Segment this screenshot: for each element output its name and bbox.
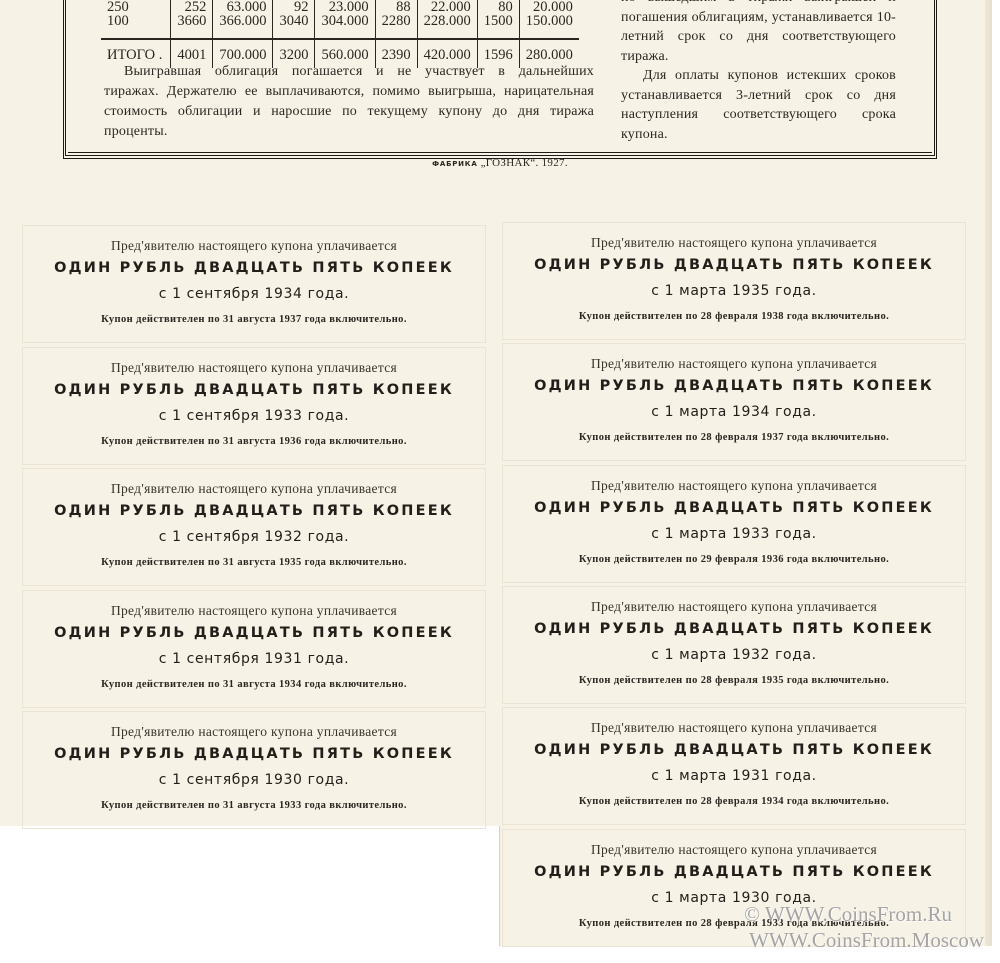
coupon-left-1: Пред'явителю настоящего купона уплачивае…: [22, 225, 486, 343]
coupon-amount: ОДИН РУБЛЬ ДВАДЦАТЬ ПЯТЬ КОПЕЕК: [23, 625, 485, 641]
coupon-bearer-line: Пред'явителю настоящего купона уплачивае…: [23, 360, 485, 376]
prize-table-cell: 100: [101, 14, 171, 28]
winning-bond-note: Выигравшая облигация погашается и не уча…: [104, 62, 594, 142]
coupon-bearer-line: Пред'явителю настоящего купона уплачивае…: [23, 238, 485, 254]
coupon-date: с 1 сентября 1934 года.: [23, 286, 485, 302]
coupon-amount: ОДИН РУБЛЬ ДВАДЦАТЬ ПЯТЬ КОПЕЕК: [503, 864, 965, 880]
coupon-bearer-line: Пред'явителю настоящего купона уплачивае…: [503, 356, 965, 372]
coupon-amount: ОДИН РУБЛЬ ДВАДЦАТЬ ПЯТЬ КОПЕЕК: [503, 742, 965, 758]
coupon-validity: Купон действителен по 28 февраля 1938 го…: [503, 311, 965, 322]
coupon-amount: ОДИН РУБЛЬ ДВАДЦАТЬ ПЯТЬ КОПЕЕК: [23, 503, 485, 519]
coupon-date: с 1 марта 1935 года.: [503, 283, 965, 299]
coupon-validity: Купон действителен по 31 августа 1936 го…: [23, 436, 485, 447]
coupon-left-2: Пред'явителю настоящего купона уплачивае…: [22, 347, 486, 465]
prize-table-cell: 366.000: [213, 14, 273, 28]
prize-table: 25025263.0009223.0008822.0008020.0001003…: [101, 0, 579, 68]
prize-table-cell: 3040: [273, 14, 315, 28]
coupon-amount: ОДИН РУБЛЬ ДВАДЦАТЬ ПЯТЬ КОПЕЕК: [503, 257, 965, 273]
coupon-right-1: Пред'явителю настоящего купона уплачивае…: [502, 222, 966, 340]
coupon-right-2: Пред'явителю настоящего купона уплачивае…: [502, 343, 966, 461]
prize-table-cell: 92: [273, 0, 315, 14]
coupon-left-3: Пред'явителю настоящего купона уплачивае…: [22, 468, 486, 586]
coupon-date: с 1 сентября 1931 года.: [23, 651, 485, 667]
prize-table-cell: 63.000: [213, 0, 273, 14]
coupon-amount: ОДИН РУБЛЬ ДВАДЦАТЬ ПЯТЬ КОПЕЕК: [23, 260, 485, 276]
coupon-validity: Купон действителен по 31 августа 1934 го…: [23, 679, 485, 690]
prize-table-divider: [101, 28, 579, 39]
coupon-date: с 1 сентября 1933 года.: [23, 408, 485, 424]
coupon-date: с 1 марта 1931 года.: [503, 768, 965, 784]
prize-table-cell: 88: [375, 0, 417, 14]
terms-note-text-2: Для оплаты купонов истекших сроков устан…: [621, 66, 896, 144]
sheet-edge: [985, 0, 992, 946]
prize-table-cell: 3660: [171, 14, 213, 28]
coupon-amount: ОДИН РУБЛЬ ДВАДЦАТЬ ПЯТЬ КОПЕЕК: [503, 378, 965, 394]
coupon-date: с 1 сентября 1932 года.: [23, 529, 485, 545]
factory-mark-text: „ГОЗНАК“. 1927.: [478, 157, 568, 169]
coupon-bearer-line: Пред'явителю настоящего купона уплачивае…: [503, 478, 965, 494]
coupon-validity: Купон действителен по 28 февраля 1934 го…: [503, 796, 965, 807]
coupon-right-4: Пред'явителю настоящего купона уплачивае…: [502, 586, 966, 704]
prize-table-cell: 80: [477, 0, 519, 14]
factory-mark-prefix: фабрика: [432, 160, 477, 168]
coupon-bearer-line: Пред'явителю настоящего купона уплачивае…: [503, 599, 965, 615]
coupon-date: с 1 марта 1933 года.: [503, 526, 965, 542]
prize-table-cell: 228.000: [417, 14, 477, 28]
coupon-right-5: Пред'явителю настоящего купона уплачивае…: [502, 707, 966, 825]
coupon-bearer-line: Пред'явителю настоящего купона уплачивае…: [23, 481, 485, 497]
coupon-date: с 1 марта 1934 года.: [503, 404, 965, 420]
coupon-amount: ОДИН РУБЛЬ ДВАДЦАТЬ ПЯТЬ КОПЕЕК: [503, 500, 965, 516]
coupon-validity: Купон действителен по 31 августа 1935 го…: [23, 557, 485, 568]
watermark-moscow: WWW.CoinsFrom.Moscow: [749, 928, 984, 953]
watermark-ru: © WWW.CoinsFrom.Ru: [744, 902, 952, 927]
bond-terms-frame: 25025263.0009223.0008822.0008020.0001003…: [63, 0, 937, 159]
prize-table-cell: 304.000: [315, 14, 375, 28]
prize-table-cell: 22.000: [417, 0, 477, 14]
coupon-date: с 1 марта 1932 года.: [503, 647, 965, 663]
prize-table-row: 1003660366.0003040304.0002280228.0001500…: [101, 14, 579, 28]
coupon-amount: ОДИН РУБЛЬ ДВАДЦАТЬ ПЯТЬ КОПЕЕК: [23, 382, 485, 398]
coupon-left-4: Пред'явителю настоящего купона уплачивае…: [22, 590, 486, 708]
coupon-validity: Купон действителен по 31 августа 1933 го…: [23, 800, 485, 811]
winning-bond-note-text: Выигравшая облигация погашается и не уча…: [104, 62, 594, 142]
coupon-date: с 1 сентября 1930 года.: [23, 772, 485, 788]
coupon-bearer-line: Пред'явителю настоящего купона уплачивае…: [23, 603, 485, 619]
prize-table-cell: 1500: [477, 14, 519, 28]
prize-table-cell: 2280: [375, 14, 417, 28]
factory-mark: фабрика „ГОЗНАК“. 1927.: [0, 157, 1000, 169]
coupon-validity: Купон действителен по 28 февраля 1937 го…: [503, 432, 965, 443]
coupon-bearer-line: Пред'явителю настоящего купона уплачивае…: [503, 235, 965, 251]
coupon-bearer-line: Пред'явителю настоящего купона уплачивае…: [503, 720, 965, 736]
prize-table-cell: 252: [171, 0, 213, 14]
coupon-validity: Купон действителен по 29 февраля 1936 го…: [503, 554, 965, 565]
coupon-bearer-line: Пред'явителю настоящего купона уплачивае…: [503, 842, 965, 858]
prize-table-cell: 23.000: [315, 0, 375, 14]
prize-table-row: 25025263.0009223.0008822.0008020.000: [101, 0, 579, 14]
coupon-amount: ОДИН РУБЛЬ ДВАДЦАТЬ ПЯТЬ КОПЕЕК: [23, 746, 485, 762]
coupon-amount: ОДИН РУБЛЬ ДВАДЦАТЬ ПЯТЬ КОПЕЕК: [503, 621, 965, 637]
coupon-bearer-line: Пред'явителю настоящего купона уплачивае…: [23, 724, 485, 740]
prize-table-cell: 250: [101, 0, 171, 14]
coupon-left-5: Пред'явителю настоящего купона уплачивае…: [22, 711, 486, 829]
prize-table-cell: 20.000: [519, 0, 579, 14]
terms-note: по вышедшим в тиражи выигрышей и погашен…: [621, 0, 896, 144]
terms-note-text-1: по вышедшим в тиражи выигрышей и погашен…: [621, 0, 896, 66]
prize-table-cell: 150.000: [519, 14, 579, 28]
coupon-right-3: Пред'явителю настоящего купона уплачивае…: [502, 465, 966, 583]
coupon-validity: Купон действителен по 28 февраля 1935 го…: [503, 675, 965, 686]
coupon-validity: Купон действителен по 31 августа 1937 го…: [23, 314, 485, 325]
